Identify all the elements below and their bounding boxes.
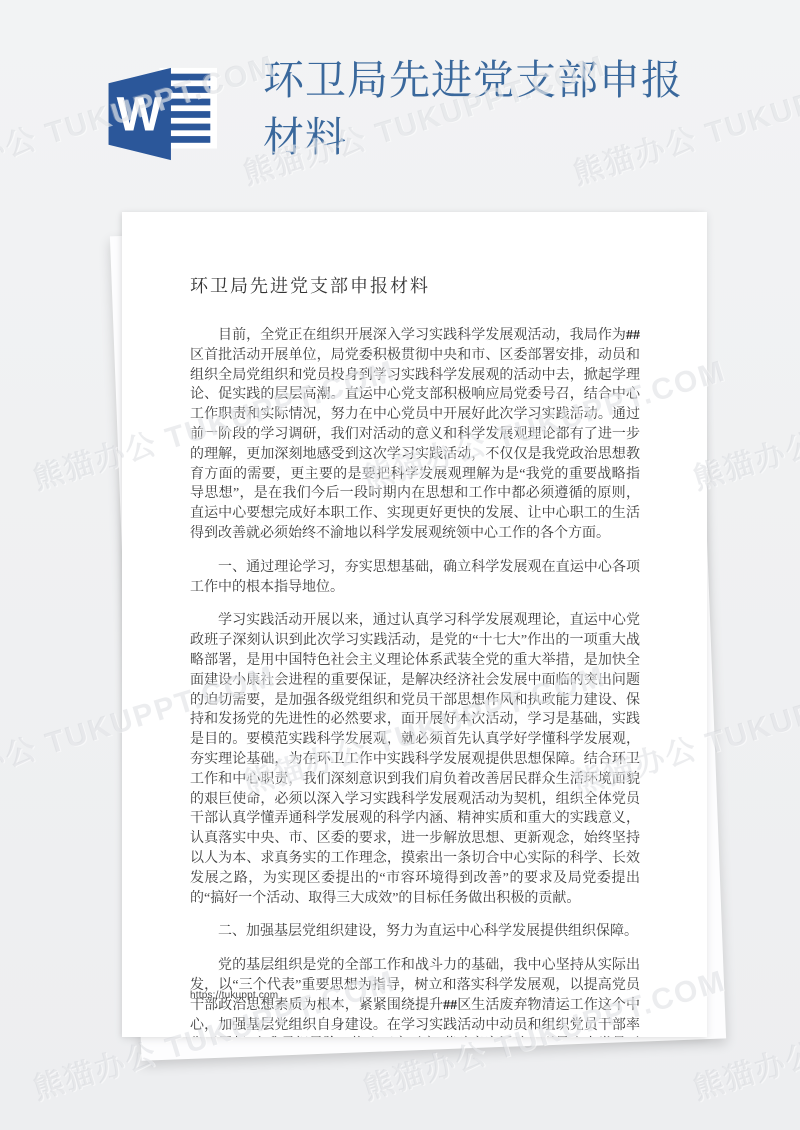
- svg-text:W: W: [117, 88, 163, 141]
- word-icon-svg: W: [95, 66, 220, 162]
- section-heading: 二、加强基层党组织建设，努力为直运中心科学发展提供组织保障。: [190, 922, 640, 942]
- document-page: 环卫局先进党支部申报材料 目前，全党正在组织开展深入学习实践科学发展观活动，我局…: [122, 212, 707, 1037]
- paragraph: 学习实践活动开展以来，通过认真学习科学发展观理论，直运中心党政班子深刻认识到此次…: [190, 611, 640, 908]
- document-footer-url: https://tukuppt.com: [190, 990, 278, 1001]
- page-title: 环卫局先进党支部申报材料: [263, 52, 723, 166]
- word-icon: W: [95, 66, 220, 162]
- section-heading: 一、通过理论学习，夯实思想基础，确立科学发展观在直运中心各项工作中的根本指导地位…: [190, 558, 640, 598]
- document-title: 环卫局先进党支部申报材料: [190, 272, 640, 298]
- document-body: 目前，全党正在组织开展深入学习实践科学发展观活动，我局作为##区首批活动开展单位…: [190, 326, 640, 1037]
- page-background: W 环卫局先进党支部申报材料 环卫局先进党支部申报材料 目前，全党正在组织开展深…: [0, 0, 800, 1130]
- paragraph: 目前，全党正在组织开展深入学习实践科学发展观活动，我局作为##区首批活动开展单位…: [190, 326, 640, 544]
